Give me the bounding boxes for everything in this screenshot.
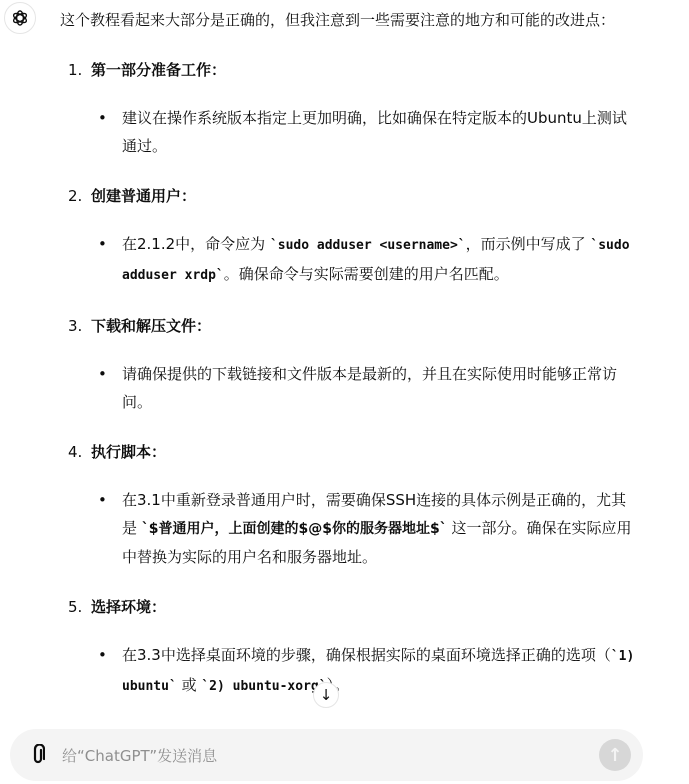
- step-number: 3.: [68, 312, 91, 340]
- bullet-item: 请确保提供的下载链接和文件版本是最新的，并且在实际使用时能够正常访问。: [98, 360, 640, 416]
- bullet-text: 建议在操作系统版本指定上更加明确，比如确保在特定版本的Ubuntu上测试通过。: [122, 109, 627, 155]
- message-composer: 给“ChatGPT”发送消息 ↑: [10, 729, 643, 781]
- step-heading: 下载和解压文件：: [91, 312, 211, 340]
- arrow-up-icon: ↑: [607, 745, 622, 766]
- message-input[interactable]: 给“ChatGPT”发送消息: [62, 745, 599, 766]
- bullet-item: 在3.1中重新登录普通用户时，需要确保SSH连接的具体示例是正确的，尤其是 `$…: [98, 486, 640, 571]
- step-number: 1.: [68, 56, 91, 84]
- step-item: 1.第一部分准备工作：建议在操作系统版本指定上更加明确，比如确保在特定版本的Ub…: [68, 56, 640, 160]
- step-item: 3.下载和解压文件：请确保提供的下载链接和文件版本是最新的，并且在实际使用时能够…: [68, 312, 640, 416]
- bullet-item: 建议在操作系统版本指定上更加明确，比如确保在特定版本的Ubuntu上测试通过。: [98, 104, 640, 160]
- step-heading: 执行脚本：: [91, 438, 166, 466]
- scroll-to-bottom-button[interactable]: ↓: [313, 682, 339, 708]
- step-title: 3.下载和解压文件：: [68, 312, 640, 340]
- bullet-text: 请确保提供的下载链接和文件版本是最新的，并且在实际使用时能够正常访问。: [122, 365, 617, 411]
- paperclip-icon: [31, 744, 45, 766]
- bullet-text: 或: [177, 676, 202, 694]
- step-number: 4.: [68, 438, 91, 466]
- scroll-fade: [0, 705, 689, 729]
- step-item: 2.创建普通用户：在2.1.2中，命令应为 `sudo adduser <use…: [68, 182, 640, 290]
- bold-text: `$普通用户，上面创建的$@$你的服务器地址$`: [142, 521, 447, 537]
- step-heading: 选择环境：: [91, 593, 166, 621]
- openai-logo-icon: [10, 8, 30, 28]
- send-button[interactable]: ↑: [599, 739, 631, 771]
- bullet-item: 在2.1.2中，命令应为 `sudo adduser <username>`，而…: [98, 230, 640, 290]
- bullet-list: 请确保提供的下载链接和文件版本是最新的，并且在实际使用时能够正常访问。: [68, 360, 640, 416]
- step-title: 5.选择环境：: [68, 593, 640, 621]
- bullet-text: ，而示例中写成了: [466, 235, 591, 253]
- bullet-list: 在3.1中重新登录普通用户时，需要确保SSH连接的具体示例是正确的，尤其是 `$…: [68, 486, 640, 571]
- bullet-list: 建议在操作系统版本指定上更加明确，比如确保在特定版本的Ubuntu上测试通过。: [68, 104, 640, 160]
- step-title: 4.执行脚本：: [68, 438, 640, 466]
- attach-button[interactable]: [28, 743, 48, 767]
- step-item: 5.选择环境：在3.3中选择桌面环境的步骤，确保根据实际的桌面环境选择正确的选项…: [68, 593, 640, 701]
- bullet-item: 在3.3中选择桌面环境的步骤，确保根据实际的桌面环境选择正确的选项（`1) ub…: [98, 641, 640, 701]
- bullet-text: 在3.3中选择桌面环境的步骤，确保根据实际的桌面环境选择正确的选项（: [122, 646, 611, 664]
- steps-list: 1.第一部分准备工作：建议在操作系统版本指定上更加明确，比如确保在特定版本的Ub…: [60, 56, 640, 751]
- inline-code: `sudo adduser <username>`: [270, 238, 466, 253]
- step-title: 1.第一部分准备工作：: [68, 56, 640, 84]
- step-number: 5.: [68, 593, 91, 621]
- step-number: 2.: [68, 182, 91, 210]
- inline-code: `2) ubuntu-xorg`: [201, 679, 326, 694]
- bullet-text: 。确保命令与实际需要创建的用户名匹配。: [224, 265, 509, 283]
- arrow-down-icon: ↓: [320, 686, 333, 704]
- step-item: 4.执行脚本：在3.1中重新登录普通用户时，需要确保SSH连接的具体示例是正确的…: [68, 438, 640, 571]
- bullet-list: 在2.1.2中，命令应为 `sudo adduser <username>`，而…: [68, 230, 640, 290]
- bullet-text: 在2.1.2中，命令应为: [122, 235, 270, 253]
- bullet-list: 在3.3中选择桌面环境的步骤，确保根据实际的桌面环境选择正确的选项（`1) ub…: [68, 641, 640, 701]
- assistant-message: 这个教程看起来大部分是正确的，但我注意到一些需要注意的地方和可能的改进点： 1.…: [60, 6, 640, 773]
- step-heading: 创建普通用户：: [91, 182, 196, 210]
- step-heading: 第一部分准备工作：: [91, 56, 226, 84]
- step-title: 2.创建普通用户：: [68, 182, 640, 210]
- intro-text: 这个教程看起来大部分是正确的，但我注意到一些需要注意的地方和可能的改进点：: [60, 6, 640, 34]
- assistant-avatar: [4, 2, 36, 34]
